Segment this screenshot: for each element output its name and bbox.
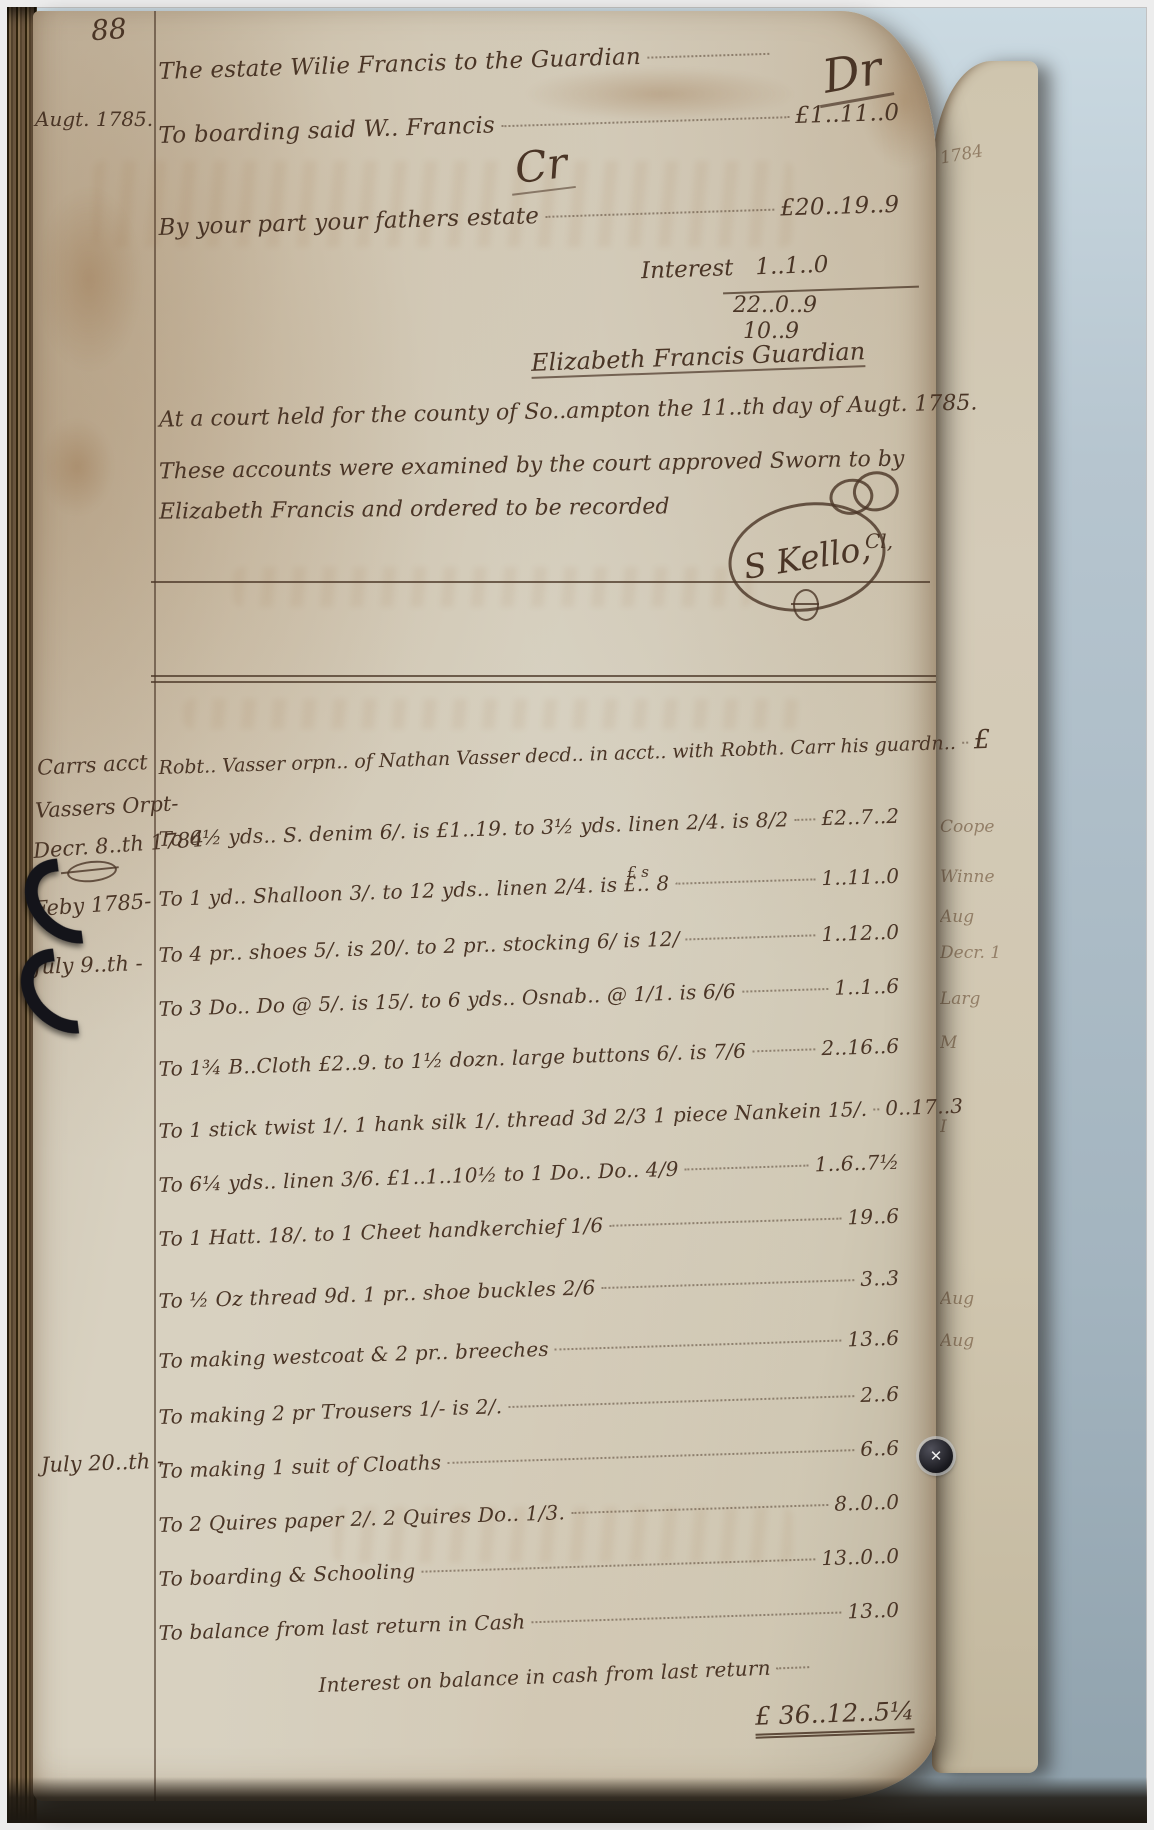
ledger-row-text: To 1 yd.. Shalloon 3/. to 12 yds.. linen… — [158, 871, 669, 911]
close-icon: ✕ — [930, 1447, 943, 1465]
adjacent-page-fragment: Winne — [940, 867, 995, 887]
close-button[interactable]: ✕ — [919, 1439, 953, 1473]
ledger-row: To 1¾ B..Cloth £2..9. to 1½ dozn. large … — [158, 1034, 899, 1081]
dotted-leader — [501, 116, 789, 127]
ledger-row-text: To 1¾ B..Cloth £2..9. to 1½ dozn. large … — [158, 1039, 746, 1081]
dotted-leader — [508, 1395, 854, 1408]
dotted-leader — [647, 53, 769, 59]
dotted-leader — [421, 1558, 815, 1572]
dotted-leader — [571, 1504, 828, 1514]
ledger-row: To making 2 pr Trousers 1/- is 2/. 2..6 — [158, 1382, 899, 1429]
guardian-signature: Elizabeth Francis Guardian — [531, 337, 866, 379]
ledger-row-text: To 3 Do.. Do @ 5/. is 15/. to 6 yds.. Os… — [158, 979, 736, 1021]
adjacent-page-fragment: M — [940, 1033, 957, 1053]
section-rule — [151, 581, 930, 583]
account2-header-row: Robt.. Vasser orpn.. of Nathan Vasser de… — [158, 727, 922, 781]
paper-stain — [41, 419, 113, 515]
clerk-signature: S Kello, — [741, 528, 873, 587]
debit-text: To boarding said W.. Francis — [158, 112, 495, 149]
credit-amount: £20..19..9 — [780, 192, 900, 222]
account2-margin-label-2: Vassers Orpt- — [34, 791, 179, 822]
ledger-row-text: To making westcoat & 2 pr.. breeches — [158, 1337, 549, 1373]
account1-cr-label: Cr — [506, 137, 576, 195]
account1-margin-date: Augt. 1785. — [35, 107, 153, 131]
ledger-row: To 6½ yds.. S. denim 6/. is £1..19. to 3… — [158, 804, 899, 851]
ledger-row-amount: 1..11..0 — [821, 864, 900, 890]
court-line-3: Elizabeth Francis and ordered to be reco… — [159, 494, 670, 524]
adjacent-page-fragment: Coope — [940, 817, 994, 837]
section-rule-double-b — [151, 681, 936, 683]
ledger-row: To 6¼ yds.. linen 3/6. £1..1..10½ to 1 D… — [158, 1150, 899, 1197]
ledger-row-text: To ½ Oz thread 9d. 1 pr.. shoe buckles 2… — [158, 1275, 596, 1313]
interest-footer-text: Interest on balance in cash from last re… — [318, 1656, 771, 1697]
ledger-row: To making westcoat & 2 pr.. breeches 13.… — [158, 1326, 899, 1373]
ledger-row-amount: 13..0 — [847, 1598, 900, 1624]
dotted-leader — [601, 1279, 854, 1289]
adjacent-page-fragment: I — [940, 1117, 947, 1137]
ledger-row-amount: 2..16..6 — [821, 1034, 900, 1060]
ledger-row-amount: 1..1..6 — [834, 974, 900, 1000]
court-line-2: These accounts were examined by the cour… — [159, 446, 905, 484]
ledger-row-amount: 8..0..0 — [834, 1490, 900, 1516]
ledger-row-amount: 2..6 — [860, 1382, 900, 1407]
currency-column-symbol: £ — [973, 725, 990, 756]
adjacent-page-fragment: Decr. 1 — [940, 943, 1001, 963]
ledger-row-text: To 6¼ yds.. linen 3/6. £1..1..10½ to 1 D… — [158, 1157, 679, 1197]
ledger-row-text: To 1 stick twist 1/. 1 hank silk 1/. thr… — [158, 1097, 867, 1143]
ledger-row-amount: 19..6 — [847, 1204, 900, 1230]
dotted-leader — [609, 1218, 841, 1227]
dotted-leader — [795, 818, 816, 821]
dotted-leader — [531, 1612, 841, 1624]
interest-footer-row: Interest on balance in cash from last re… — [318, 1654, 816, 1697]
dotted-leader — [675, 878, 815, 884]
table-shadow — [7, 1777, 1147, 1823]
dotted-leader — [777, 1666, 810, 1669]
ledger-row-amount: 6..6 — [860, 1436, 900, 1461]
screenshot-stage: 1784CoopeWinneAugDecr. 1LargMIAugAug 88 … — [0, 0, 1154, 1830]
ledger-row-amount: 13..6 — [847, 1326, 900, 1352]
page-number: 88 — [90, 12, 128, 47]
paper-stain — [37, 187, 141, 371]
ledger-row: To 1 yd.. Shalloon 3/. to 12 yds.. linen… — [158, 864, 899, 911]
dotted-leader — [962, 742, 968, 744]
subtotal: 22..0..9 — [733, 293, 817, 318]
ledger-margin-rule — [154, 11, 156, 1801]
clerk-title: Cl, — [865, 529, 893, 553]
dotted-leader — [685, 1165, 809, 1171]
ledger-row-text: To 4 pr.. shoes 5/. is 20/. to 2 pr.. st… — [158, 927, 680, 967]
adjacent-page-edge: 1784CoopeWinneAugDecr. 1LargMIAugAug — [932, 61, 1038, 1773]
adjacent-page-fragment: Aug — [940, 1331, 974, 1351]
ledger-row-amount: £2..7..2 — [821, 804, 900, 830]
manuscript-page: 88 Augt. 1785. The estate Wilie Francis … — [33, 11, 936, 1801]
dotted-leader — [545, 209, 774, 218]
ink-doodle — [793, 589, 819, 621]
section-rule-double-a — [151, 675, 936, 677]
interest-row: Interest 1..1..0 — [641, 252, 829, 285]
ledger-row-amount: 13..0..0 — [821, 1544, 900, 1570]
interest-label: Interest — [641, 255, 734, 284]
dotted-leader — [752, 1048, 815, 1052]
ink-bleed-ghost — [183, 699, 803, 729]
ledger-row: To ½ Oz thread 9d. 1 pr.. shoe buckles 2… — [158, 1266, 899, 1313]
ledger-row: To 3 Do.. Do @ 5/. is 15/. to 6 yds.. Os… — [158, 974, 899, 1021]
ledger-row-text: To 1 Hatt. 18/. to 1 Cheet handkerchief … — [158, 1213, 604, 1251]
ledger-row-text: To making 2 pr Trousers 1/- is 2/. — [158, 1394, 502, 1429]
account2-total: £ 36..12..5¼ — [754, 1696, 915, 1739]
ledger-row-amount: 0..17..3 — [885, 1094, 964, 1120]
photo-background: 1784CoopeWinneAugDecr. 1LargMIAugAug 88 … — [7, 7, 1147, 1823]
ledger-row-text: To balance from last return in Cash — [158, 1609, 526, 1645]
ledger-row-text: To boarding & Schooling — [158, 1559, 415, 1591]
account2-margin-label-1: Carrs acct — [36, 750, 148, 780]
ledger-row: To making 1 suit of Cloaths 6..6 — [158, 1436, 899, 1483]
ledger-row: To 4 pr.. shoes 5/. is 20/. to 2 pr.. st… — [158, 920, 899, 967]
account2-header: Robt.. Vasser orpn.. of Nathan Vasser de… — [158, 732, 956, 779]
ledger-row: To 1 Hatt. 18/. to 1 Cheet handkerchief … — [158, 1204, 899, 1251]
ledger-row-text: To making 1 suit of Cloaths — [158, 1450, 441, 1483]
adjacent-page-fragment: Larg — [940, 989, 980, 1009]
adjacent-page-fragment: Aug — [940, 907, 974, 927]
dotted-leader — [686, 934, 816, 940]
ledger-row: To balance from last return in Cash 13..… — [158, 1598, 899, 1645]
court-line-1: At a court held for the county of So..am… — [159, 390, 978, 432]
dotted-leader — [873, 1108, 879, 1110]
ledger-row-amount: 3..3 — [860, 1266, 900, 1291]
ink-bleed-ghost — [233, 567, 753, 607]
account2-margin-date-4: July 20..th - — [41, 1449, 165, 1477]
ledger-row-amount: 1..12..0 — [821, 920, 900, 946]
dotted-leader — [447, 1449, 854, 1464]
ledger-row-text: To 6½ yds.. S. denim 6/. is £1..19. to 3… — [158, 807, 789, 851]
dotted-leader — [742, 988, 828, 993]
ledger-row: To 1 stick twist 1/. 1 hank silk 1/. thr… — [158, 1096, 899, 1143]
adjacent-page-fragment: 1784 — [939, 141, 985, 168]
ledger-row-amount: 1..6..7½ — [814, 1150, 899, 1177]
debit-amount: £1..11..0 — [795, 100, 900, 129]
dotted-leader — [555, 1340, 842, 1351]
interest-amount: 1..1..0 — [755, 252, 829, 281]
adjacent-page-fragment: Aug — [940, 1289, 974, 1309]
